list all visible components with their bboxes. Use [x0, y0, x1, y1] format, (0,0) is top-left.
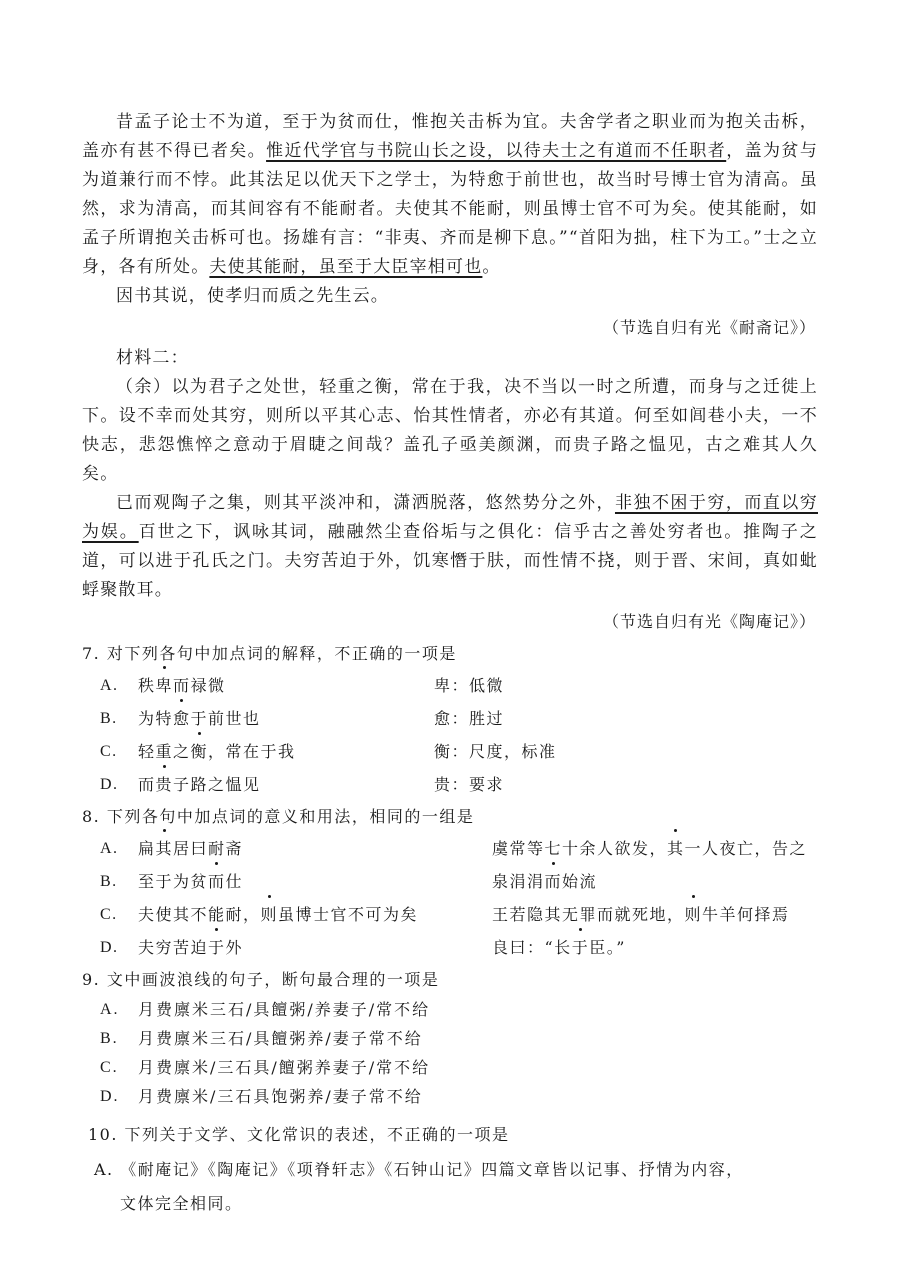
material-one-source: （节选自归有光《耐斋记》） [82, 313, 818, 342]
emphasis-dot-char: 而 [208, 865, 226, 898]
question-9-stem: 9. 文中画波浪线的句子，断句最合理的一项是 [82, 964, 818, 995]
option-text: 月费廪米/三石具/饘粥养妻子/常不给 [138, 1053, 430, 1082]
question-7: 7. 对下列各句中加点词的解释，不正确的一项是 A. 秩卑而禄微 卑：低微 B.… [82, 638, 818, 801]
exam-page: 昔孟子论士不为道，至于为贫而仕，惟抱关击柝为宜。夫舍学者之职业而为抱关击柝，盖亦… [82, 108, 818, 1221]
text: ，常在于我 [208, 742, 296, 761]
text: 子路之愠见 [173, 775, 261, 794]
option-sentence: 轻重之衡，常在于我 [138, 735, 434, 768]
text: 仕 [226, 872, 244, 891]
option-letter: B. [100, 1024, 138, 1053]
question-7-option-a[interactable]: A. 秩卑而禄微 卑：低微 [82, 669, 818, 702]
question-9-option-c[interactable]: C.月费廪米/三石具/饘粥养妻子/常不给 [82, 1053, 818, 1082]
text: 扁 [138, 839, 156, 858]
question-7-option-c[interactable]: C. 轻重之衡，常在于我 衡：尺度，标准 [82, 735, 818, 768]
text: 秩 [138, 676, 156, 695]
text: 一人夜亡，告之 [685, 839, 808, 858]
material-one-paragraph-1: 昔孟子论士不为道，至于为贫而仕，惟抱关击柝为宜。夫舍学者之职业而为抱关击柝，盖亦… [82, 108, 818, 282]
question-8-option-d[interactable]: D. 夫穷苦迫于外 良曰：“长于臣。” [82, 931, 818, 964]
option-letter: C. [100, 898, 138, 931]
emphasis-dot-char: 愈 [173, 702, 191, 735]
emphasis-dot-char: 则 [685, 898, 703, 931]
option-gloss: 卑：低微 [434, 669, 504, 702]
option-text: 月费廪米/三石具饱粥养/妻子常不给 [138, 1082, 423, 1111]
option-text: 月费廪米三石/具饘粥/养妻子/常不给 [138, 995, 430, 1024]
option-letter: D. [100, 931, 138, 964]
option-letter: A. [94, 1160, 114, 1179]
option-right-sentence: 虞常等七十余人欲发，其一人夜亡，告之 [492, 832, 807, 865]
option-left-sentence: 扁其居曰耐斋 [138, 832, 492, 865]
option-left-sentence: 夫穷苦迫于外 [138, 931, 492, 964]
question-9-option-b[interactable]: B.月费廪米三石/具饘粥养/妻子常不给 [82, 1024, 818, 1053]
option-text: 《耐庵记》《陶庵记》《项脊轩志》《石钟山记》四篇文章皆以记事、抒情为内容， [120, 1160, 744, 1179]
emphasis-dot-char: 其 [667, 832, 685, 865]
option-letter: A. [100, 669, 138, 702]
option-letter: B. [100, 865, 138, 898]
text: 居曰耐斋 [173, 839, 243, 858]
option-sentence: 秩卑而禄微 [138, 669, 434, 702]
option-text-continued: 文体完全相同。 [94, 1187, 818, 1221]
text: 外 [226, 938, 244, 957]
question-8-option-c[interactable]: C. 夫使其不能耐，则虽博士官不可为矣 王若隐其无罪而就死地，则牛羊何择焉 [82, 898, 818, 931]
text: 虞常等七十余人欲发， [492, 839, 667, 858]
option-letter: B. [100, 702, 138, 735]
text: 良曰：“长 [492, 938, 572, 957]
text: 轻重之 [138, 742, 191, 761]
option-gloss: 愈：胜过 [434, 702, 504, 735]
option-letter: A. [100, 832, 138, 865]
text: 百世之下，讽咏其词，融融然尘查俗垢与之俱化：信乎古之善处穷者也。推陶子之道，可以… [82, 522, 818, 600]
text: 夫穷苦迫 [138, 938, 208, 957]
text: 而禄微 [173, 676, 226, 695]
question-7-option-d[interactable]: D. 而贵子路之愠见 贵：要求 [82, 768, 818, 801]
option-left-sentence: 夫使其不能耐，则虽博士官不可为矣 [138, 898, 492, 931]
text: 牛羊何择焉 [702, 905, 790, 924]
text: 虽博士官不可为矣 [278, 905, 418, 924]
emphasis-dot-char: 卑 [156, 669, 174, 702]
material-two-label: 材料二： [82, 344, 818, 373]
underlined-sentence-2: 夫使其能耐，虽至于大臣宰相可也 [209, 257, 482, 277]
question-9-option-a[interactable]: A.月费廪米三石/具饘粥/养妻子/常不给 [82, 995, 818, 1024]
question-9: 9. 文中画波浪线的句子，断句最合理的一项是 A.月费廪米三石/具饘粥/养妻子/… [82, 964, 818, 1111]
question-7-stem: 7. 对下列各句中加点词的解释，不正确的一项是 [82, 638, 818, 669]
text: 已而观陶子之集，则其平淡冲和，潇洒脱落，悠然势分之外， [116, 493, 615, 513]
underlined-sentence-1: 惟近代学官与书院山长之设，以待夫士之有道而不任职者 [266, 141, 726, 161]
option-sentence: 而贵子路之愠见 [138, 768, 434, 801]
option-right-sentence: 泉涓涓而始流 [492, 865, 597, 898]
option-letter: A. [100, 995, 138, 1024]
option-right-sentence: 良曰：“长于臣。” [492, 931, 626, 964]
emphasis-dot-char: 于 [572, 931, 590, 964]
text: 臣。” [589, 938, 626, 957]
option-letter: C. [100, 1053, 138, 1082]
emphasis-dot-char: 于 [208, 931, 226, 964]
text: 而 [138, 775, 156, 794]
question-7-option-b[interactable]: B. 为特愈于前世也 愈：胜过 [82, 702, 818, 735]
emphasis-dot-char: 衡 [191, 735, 209, 768]
text: 夫使其不能耐， [138, 905, 261, 924]
text: 王若隐其无罪而就死地， [492, 905, 685, 924]
question-8-option-b[interactable]: B. 至于为贫而仕 泉涓涓而始流 [82, 865, 818, 898]
emphasis-dot-char: 其 [156, 832, 174, 865]
text: 为特 [138, 709, 173, 728]
question-8: 8. 下列各句中加点词的意义和用法，相同的一组是 A. 扁其居曰耐斋 虞常等七十… [82, 801, 818, 964]
option-sentence: 为特愈于前世也 [138, 702, 434, 735]
emphasis-dot-char: 则 [261, 898, 279, 931]
option-letter: D. [100, 1082, 138, 1111]
option-right-sentence: 王若隐其无罪而就死地，则牛羊何择焉 [492, 898, 790, 931]
text: 泉涓涓 [492, 872, 545, 891]
text: 始流 [562, 872, 597, 891]
material-two-paragraph-2: 已而观陶子之集，则其平淡冲和，潇洒脱落，悠然势分之外，非独不困于穷，而直以穷为娱… [82, 489, 818, 605]
question-9-option-d[interactable]: D.月费廪米/三石具饱粥养/妻子常不给 [82, 1082, 818, 1111]
text: 至于为贫 [138, 872, 208, 891]
option-gloss: 衡：尺度，标准 [434, 735, 557, 768]
emphasis-dot-char: 而 [545, 865, 563, 898]
material-two-source: （节选自归有光《陶庵记》） [82, 607, 818, 636]
option-left-sentence: 至于为贫而仕 [138, 865, 492, 898]
option-gloss: 贵：要求 [434, 768, 504, 801]
text: 。 [482, 257, 500, 277]
emphasis-dot-char: 贵 [156, 768, 174, 801]
option-text: 月费廪米三石/具饘粥养/妻子常不给 [138, 1024, 423, 1053]
question-8-stem: 8. 下列各句中加点词的意义和用法，相同的一组是 [82, 801, 818, 832]
question-10: 10. 下列关于文学、文化常识的表述，不正确的一项是 A. 《耐庵记》《陶庵记》… [82, 1117, 818, 1221]
option-letter: C. [100, 735, 138, 768]
text: 于前世也 [191, 709, 261, 728]
material-one-paragraph-2: 因书其说，使孝归而质之先生云。 [82, 282, 818, 311]
question-10-option-a[interactable]: A. 《耐庵记》《陶庵记》《项脊轩志》《石钟山记》四篇文章皆以记事、抒情为内容，… [82, 1153, 818, 1221]
option-letter: D. [100, 768, 138, 801]
question-10-stem: 10. 下列关于文学、文化常识的表述，不正确的一项是 [88, 1117, 818, 1153]
material-two-paragraph-1: （余）以为君子之处世，轻重之衡，常在于我，决不当以一时之所遭，而身与之迁徙上下。… [82, 373, 818, 489]
question-8-option-a[interactable]: A. 扁其居曰耐斋 虞常等七十余人欲发，其一人夜亡，告之 [82, 832, 818, 865]
